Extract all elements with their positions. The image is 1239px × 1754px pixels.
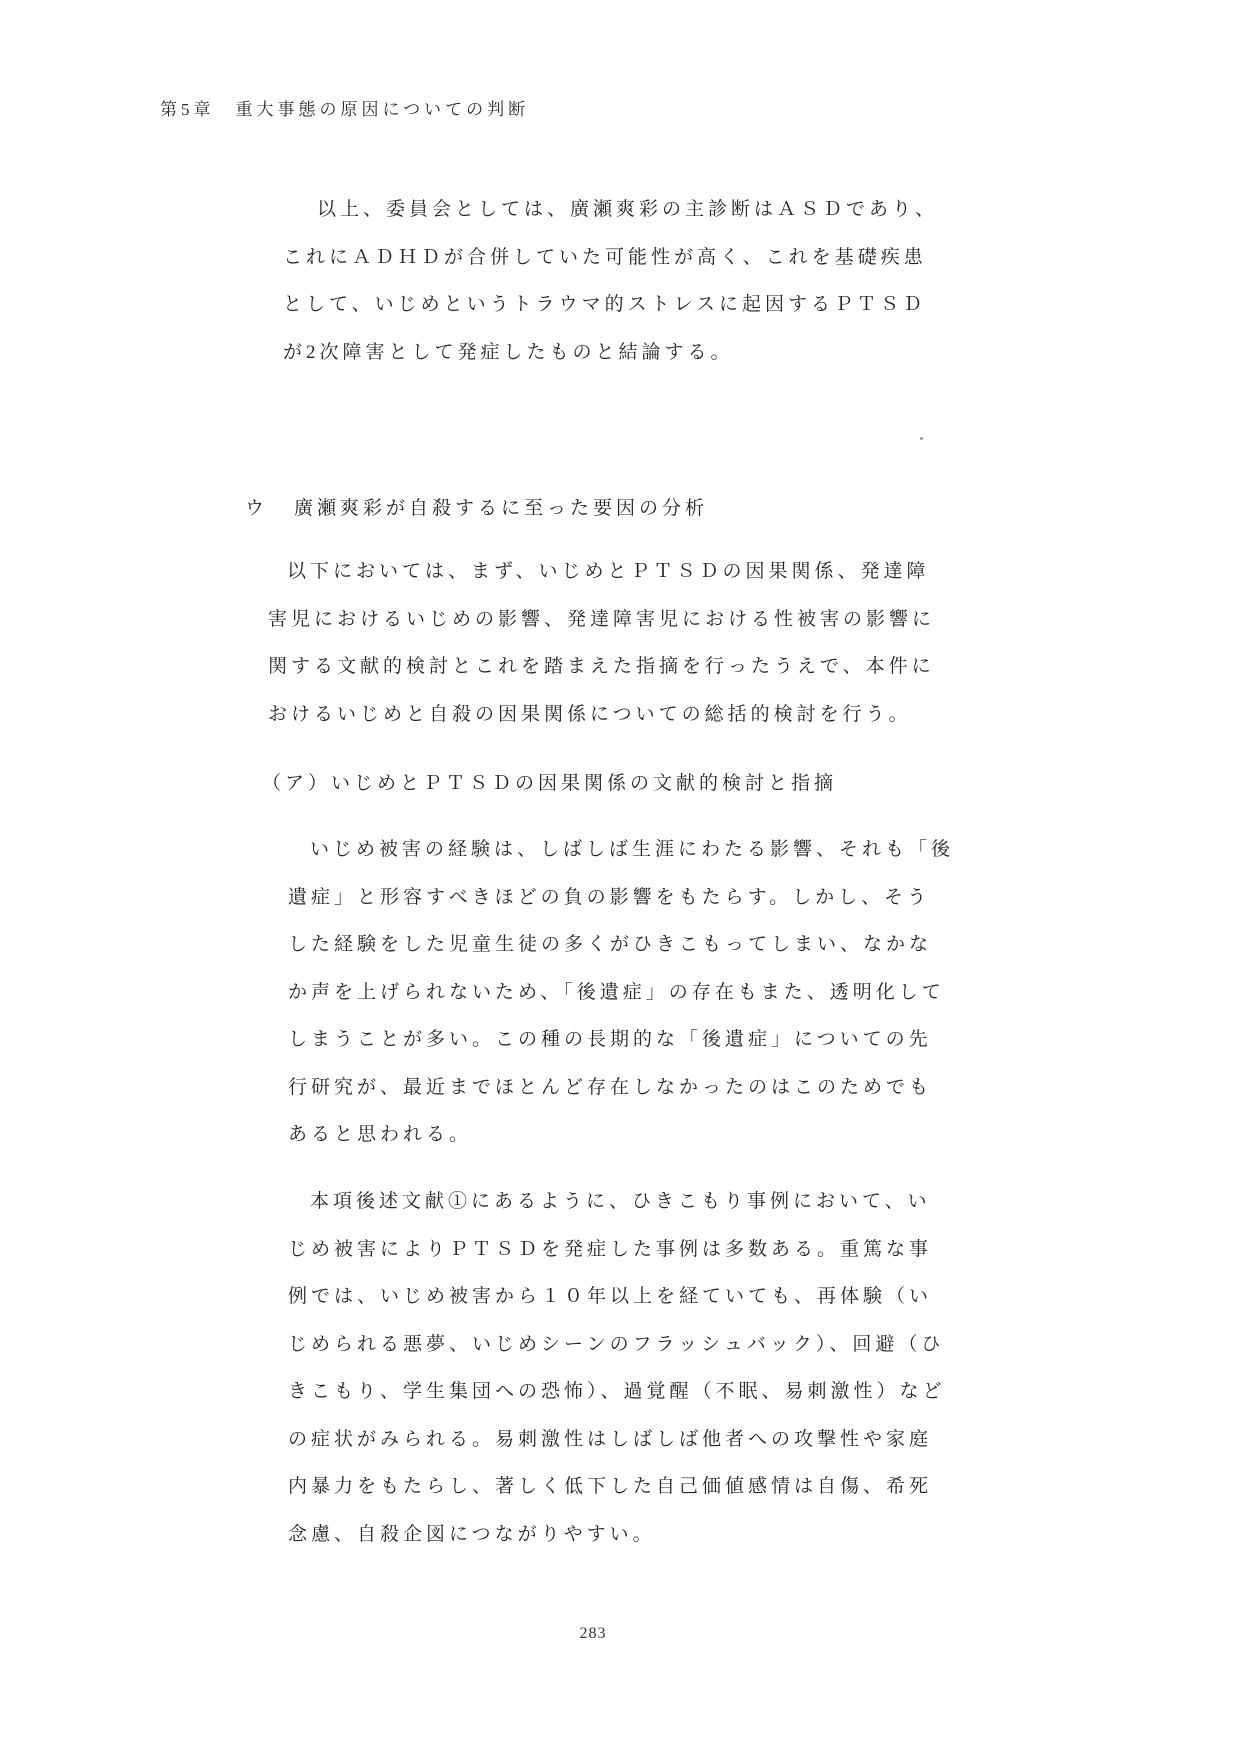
- text-line: これにＡＤＨＤが合併していた可能性が高く、これを基礎疾患: [283, 234, 938, 282]
- section-heading-u-text: 廣瀬爽彩が自殺するに至った要因の分析: [294, 498, 708, 519]
- text-line: 行研究が、最近までほとんど存在しなかったのはこのためでも: [288, 1064, 954, 1112]
- text-line: 以下においては、まず、いじめとＰＴＳＤの因果関係、発達障: [268, 548, 935, 596]
- text-line: 以上、委員会としては、廣瀬爽彩の主診断はＡＳＤであり、: [283, 186, 938, 234]
- paragraph-intro: 以下においては、まず、いじめとＰＴＳＤの因果関係、発達障 害児におけるいじめの影…: [268, 548, 935, 738]
- text-line: おけるいじめと自殺の因果関係についての総括的検討を行う。: [268, 691, 935, 739]
- text-line: じめられる悪夢、いじめシーンのフラッシュバック）、回避（ひ: [288, 1321, 946, 1369]
- text-line: として、いじめというトラウマ的ストレスに起因するＰＴＳＤ: [283, 281, 938, 329]
- text-line: あると思われる。: [288, 1111, 954, 1159]
- section-heading-u: ウ廣瀬爽彩が自殺するに至った要因の分析: [245, 497, 708, 522]
- text-line: 本項後述文献①にあるように、ひきこもり事例において、い: [288, 1178, 946, 1226]
- text-line: 念慮、自殺企図につながりやすい。: [288, 1511, 946, 1559]
- text-line: 内暴力をもたらし、著しく低下した自己価値感情は自傷、希死: [288, 1463, 946, 1511]
- page-number: 283: [580, 1625, 607, 1643]
- text-line: 関する文献的検討とこれを踏まえた指摘を行ったうえで、本件に: [268, 643, 935, 691]
- section-heading-u-label: ウ: [245, 498, 268, 519]
- text-line: しまうことが多い。この種の長期的な「後遺症」についての先: [288, 1016, 954, 1064]
- scan-artifact-dot: [920, 437, 923, 440]
- text-line: いじめ被害の経験は、しばしば生涯にわたる影響、それも「後: [288, 826, 954, 874]
- paragraph-aftereffects: いじめ被害の経験は、しばしば生涯にわたる影響、それも「後 遺症」と形容すべきほど…: [288, 826, 954, 1159]
- paragraph-conclusion: 以上、委員会としては、廣瀬爽彩の主診断はＡＳＤであり、 これにＡＤＨＤが合併して…: [283, 186, 938, 376]
- section-heading-a: （ア）いじめとＰＴＳＤの因果関係の文献的検討と指摘: [262, 772, 837, 797]
- text-line: か声を上げられないため、「後遺症」の存在もまた、透明化して: [288, 969, 954, 1017]
- text-line: きこもり、学生集団への恐怖）、過覚醒（不眠、易刺激性）など: [288, 1368, 946, 1416]
- text-line: 害児におけるいじめの影響、発達障害児における性被害の影響に: [268, 596, 935, 644]
- text-line: じめ被害によりＰＴＳＤを発症した事例は多数ある。重篤な事: [288, 1226, 946, 1274]
- chapter-header: 第5章 重大事態の原因についての判断: [160, 95, 529, 120]
- text-line: が2次障害として発症したものと結論する。: [283, 329, 938, 377]
- document-page: 第5章 重大事態の原因についての判断 以上、委員会としては、廣瀬爽彩の主診断はＡ…: [0, 0, 1239, 1754]
- text-line: 遺症」と形容すべきほどの負の影響をもたらす。しかし、そう: [288, 874, 954, 922]
- text-line: の症状がみられる。易刺激性はしばしば他者への攻撃性や家庭: [288, 1416, 946, 1464]
- paragraph-cases: 本項後述文献①にあるように、ひきこもり事例において、い じめ被害によりＰＴＳＤを…: [288, 1178, 946, 1558]
- text-line: 例では、いじめ被害から１０年以上を経ていても、再体験（い: [288, 1273, 946, 1321]
- text-line: した経験をした児童生徒の多くがひきこもってしまい、なかな: [288, 921, 954, 969]
- section-heading-a-label: （ア）: [262, 773, 331, 794]
- section-heading-a-text: いじめとＰＴＳＤの因果関係の文献的検討と指摘: [331, 773, 837, 794]
